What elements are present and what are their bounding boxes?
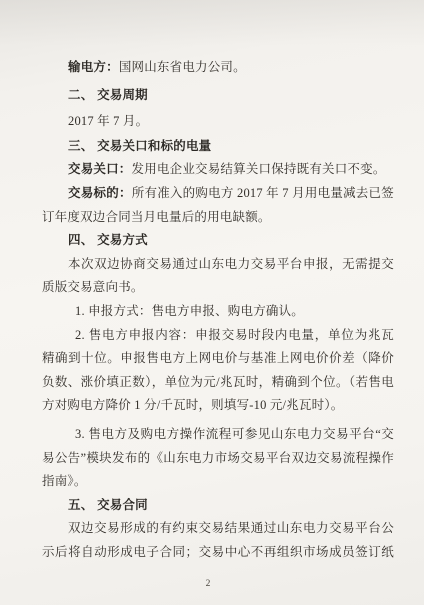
section-heading: 三、 交易关口和标的电量	[42, 135, 394, 159]
text-line: 指南》。	[42, 470, 394, 494]
text-line: 易公告”模块发布的《山东电力市场交易平台双边交易流程操作	[42, 447, 394, 471]
text-line: 双边交易形成的有约束交易结果通过山东电力交易平台公	[42, 517, 394, 541]
text-segment: 指南》。	[42, 474, 87, 488]
document-body: 输电方：国网山东省电力公司。二、 交易周期2017 年 7 月。三、 交易关口和…	[42, 56, 394, 564]
text-segment: 质版交易意向书。	[42, 280, 144, 294]
bold-text-segment: 三、 交易关口和标的电量	[68, 139, 211, 153]
text-line: 质版交易意向书。	[42, 276, 394, 300]
text-line: 输电方：国网山东省电力公司。	[42, 56, 394, 80]
scanned-document-page: 输电方：国网山东省电力公司。二、 交易周期2017 年 7 月。三、 交易关口和…	[0, 0, 424, 605]
bold-text-segment: 四、 交易方式	[68, 233, 148, 247]
bold-text-segment: 交易关口：	[68, 162, 132, 176]
section-heading: 五、 交易合同	[42, 494, 394, 518]
bold-text-segment: 五、 交易合同	[68, 498, 148, 512]
text-segment: 双边交易形成的有约束交易结果通过山东电力交易平台公	[68, 521, 394, 535]
text-line: 1. 申报方式：售电方申报、购电方确认。	[42, 300, 394, 324]
section-heading: 四、 交易方式	[42, 229, 394, 253]
text-line: 交易关口：发用电企业交易结算关口保持既有关口不变。	[42, 158, 394, 182]
text-line: 3. 售电方及购电方操作流程可参见山东电力交易平台“交	[42, 423, 394, 447]
text-line: 方对购电方降价 1 分/千瓦时，则填写-10 元/兆瓦时）。	[42, 394, 394, 418]
text-segment: 示后将自动形成电子合同；交易中心不再组织市场成员签订纸质	[42, 545, 394, 565]
text-segment: 3. 售电方及购电方操作流程可参见山东电力交易平台“交	[75, 427, 394, 441]
text-segment: 方对购电方降价 1 分/千瓦时，则填写-10 元/兆瓦时）。	[42, 398, 343, 412]
text-segment: 所有准入的购电方 2017 年 7 月用电量减去已签	[132, 186, 394, 200]
bold-text-segment: 交易标的：	[68, 186, 132, 200]
text-line: 2. 售电方申报内容：申报交易时段内电量，单位为兆瓦时，	[42, 324, 394, 348]
text-line: 负数、涨价填正数），单位为元/兆瓦时，精确到个位。（若售电	[42, 371, 394, 395]
text-segment: 易公告”模块发布的《山东电力市场交易平台双边交易流程操作	[42, 451, 394, 465]
text-segment: 负数、涨价填正数），单位为元/兆瓦时，精确到个位。（若售电	[42, 375, 394, 389]
text-line: 订年度双边合同当月电量后的用电缺额。	[42, 206, 394, 230]
section-heading: 二、 交易周期	[42, 84, 394, 108]
bold-text-segment: 输电方：	[68, 60, 119, 74]
page-number: 2	[198, 579, 218, 589]
text-segment: 2017 年 7 月。	[68, 114, 148, 128]
text-line: 2017 年 7 月。	[42, 110, 394, 134]
text-segment: 1. 申报方式：售电方申报、购电方确认。	[75, 304, 304, 318]
text-line: 精确到十位。申报售电方上网电价与基准上网电价价差（降价填	[42, 347, 394, 371]
text-segment: 发用电企业交易结算关口保持既有关口不变。	[132, 162, 386, 176]
text-line: 示后将自动形成电子合同；交易中心不再组织市场成员签订纸质	[42, 541, 394, 565]
text-line: 交易标的：所有准入的购电方 2017 年 7 月用电量减去已签	[42, 182, 394, 206]
text-segment: 国网山东省电力公司。	[119, 60, 246, 74]
text-segment: 本次双边协商交易通过山东电力交易平台申报，无需提交纸	[68, 257, 394, 277]
text-segment: 订年度双边合同当月电量后的用电缺额。	[42, 210, 271, 224]
text-segment: 精确到十位。申报售电方上网电价与基准上网电价价差（降价填	[42, 351, 394, 371]
text-line: 本次双边协商交易通过山东电力交易平台申报，无需提交纸	[42, 253, 394, 277]
text-segment: 2. 售电方申报内容：申报交易时段内电量，单位为兆瓦时，	[75, 328, 394, 348]
bold-text-segment: 二、 交易周期	[68, 88, 148, 102]
